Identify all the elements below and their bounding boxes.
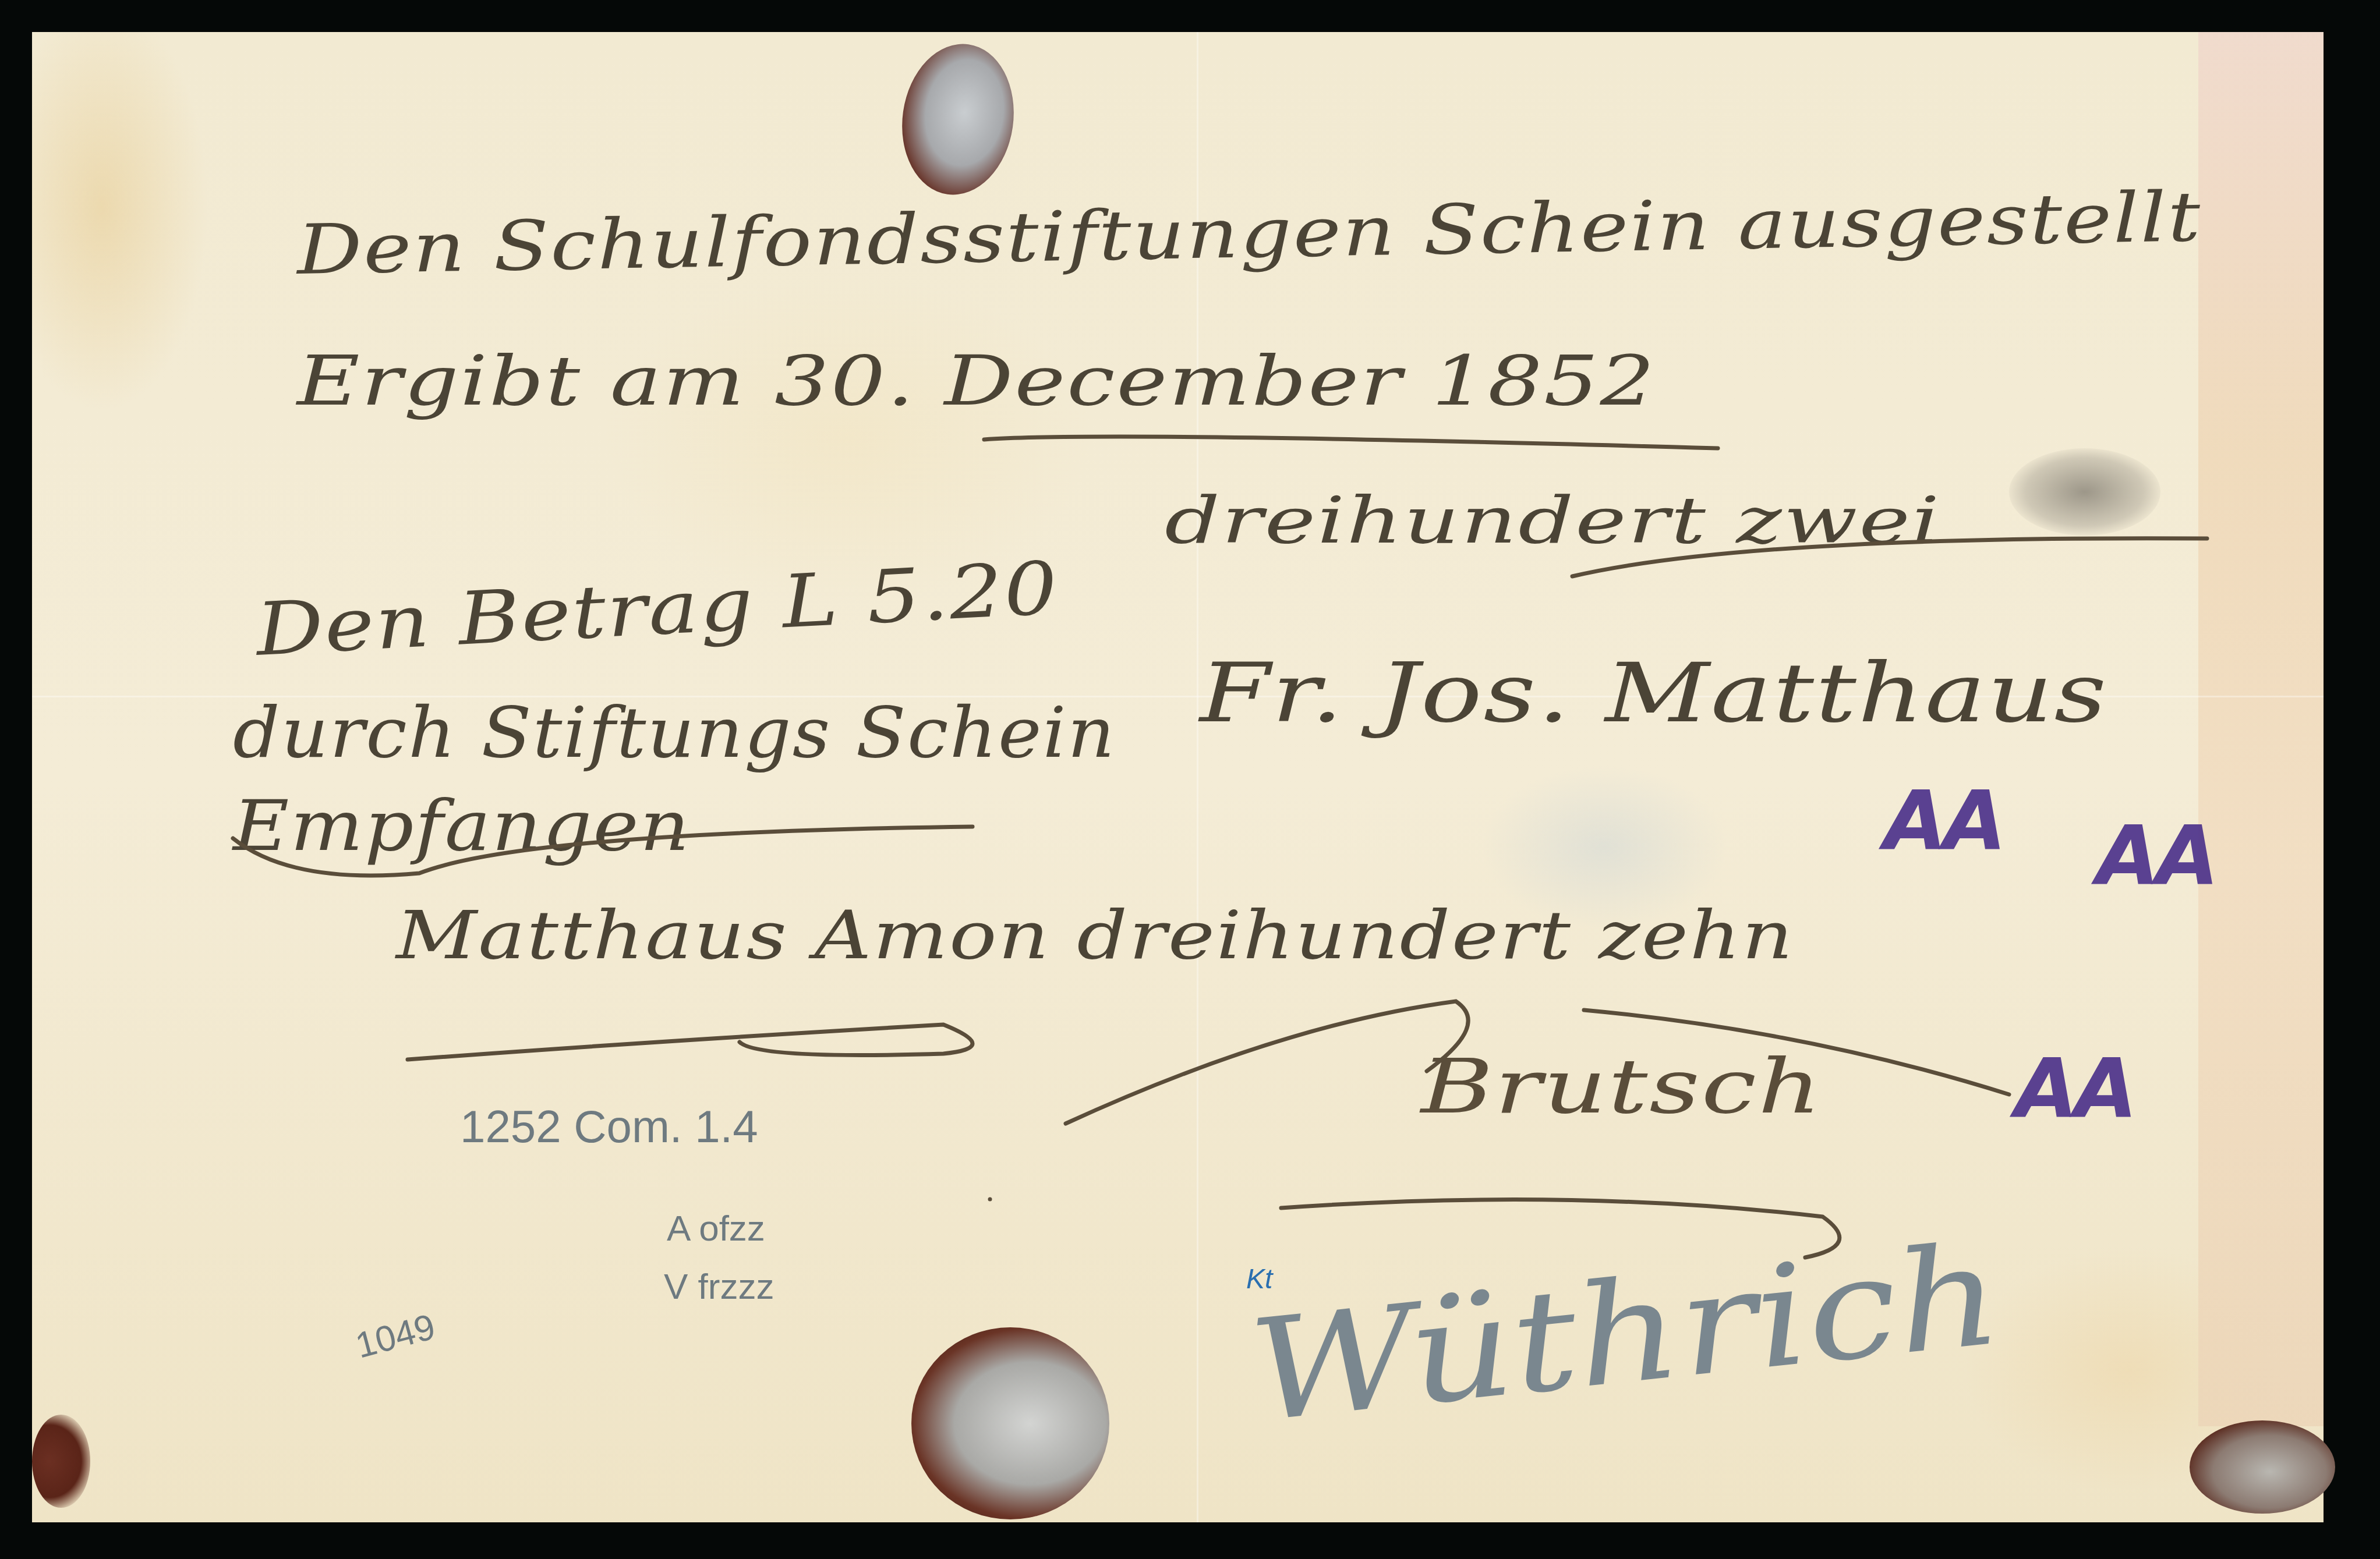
inspection-stamp: AA [1884, 774, 2003, 869]
handwritten-line-7: Matthaus Amon dreihundert zehn [396, 897, 1794, 975]
handwritten-line-6: Empfangen [233, 786, 691, 867]
pencil-note-code-a: A ofzz [667, 1208, 765, 1249]
inspection-stamp: AA [2015, 1042, 2134, 1137]
handwritten-line-2-date: Ergibt am 30. December 1852 [297, 341, 1656, 421]
pencil-note-code-v: V frzzz [664, 1266, 774, 1308]
ink-blot-bottom [911, 1327, 1109, 1519]
paper-right-strip [2198, 32, 2324, 1426]
pencil-note-catalog: 1252 Com. 1.4 [460, 1100, 758, 1153]
signatory-name: Fr. Jos. Matthaus [1200, 646, 2108, 741]
ink-blot-bottom-left [32, 1415, 90, 1508]
smudge [2009, 448, 2160, 536]
inspection-stamp: AA [2096, 809, 2216, 904]
ink-blot-bottom-right [2190, 1420, 2335, 1514]
handwritten-line-5: durch Stiftungs Schein [233, 693, 1116, 774]
official-signature: Brutsch [1421, 1042, 1823, 1131]
handwritten-line-3: dreihundert zwei [1165, 483, 1941, 558]
